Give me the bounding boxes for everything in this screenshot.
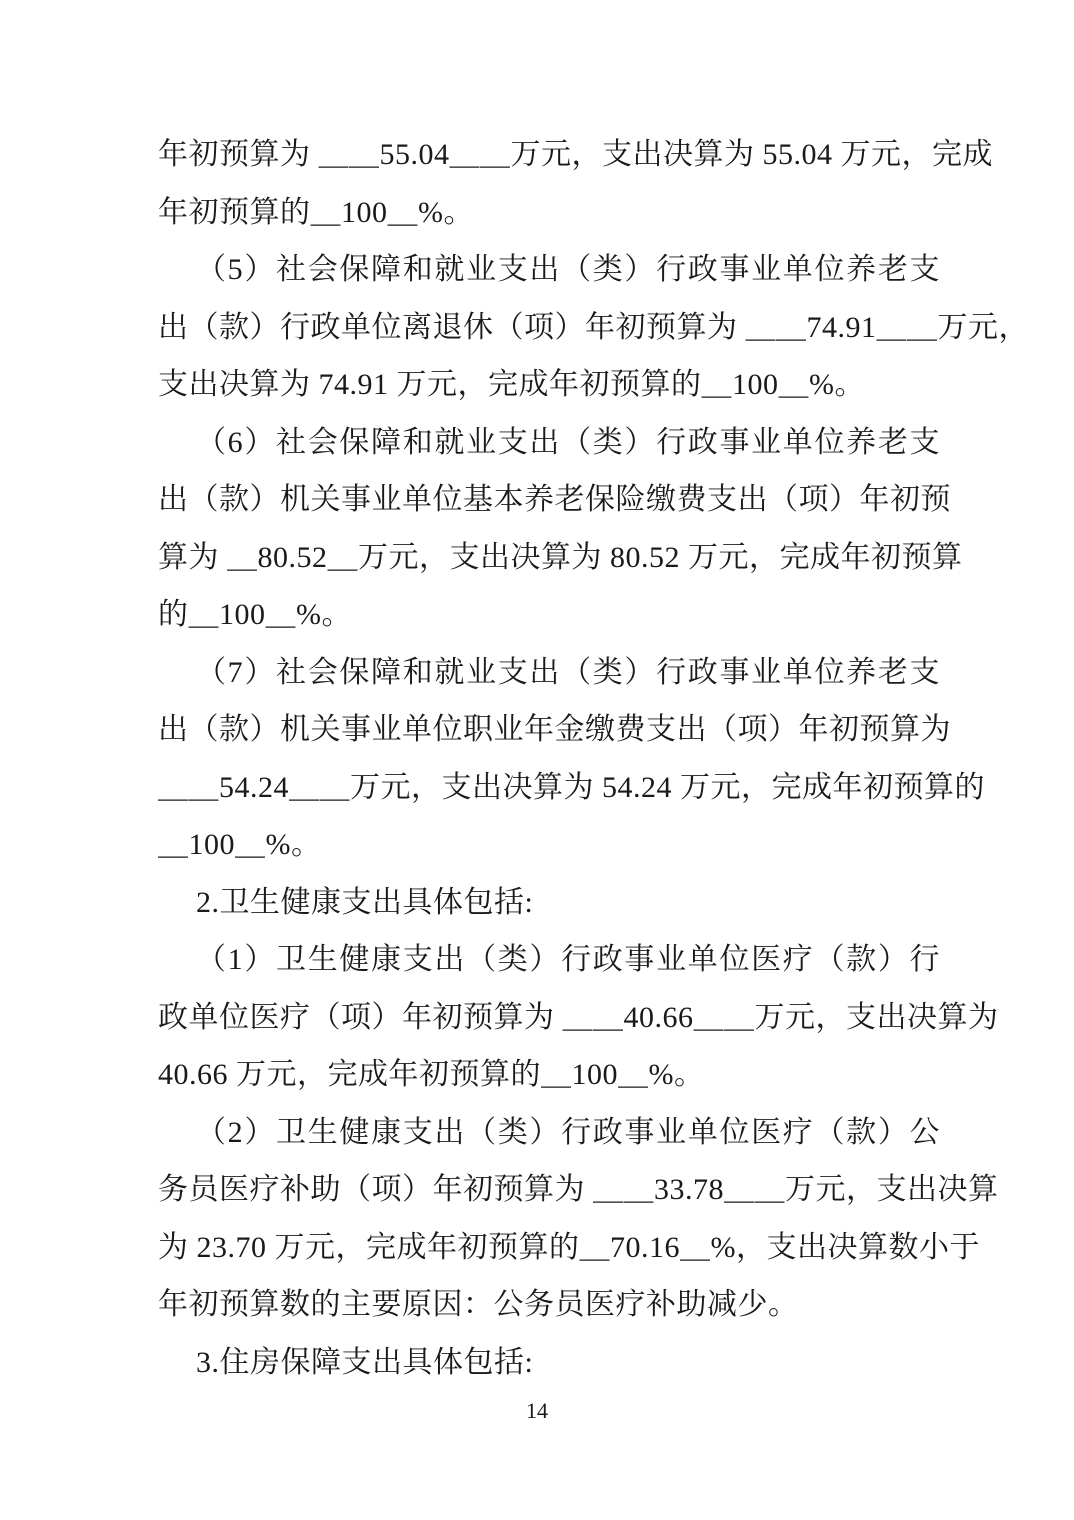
page-number: 14 bbox=[0, 1396, 1074, 1426]
text-line: （6）社会保障和就业支出（类）行政事业单位养老支 bbox=[158, 414, 940, 472]
text-line: 40.66 万元，完成年初预算的＿100＿%。 bbox=[158, 1046, 940, 1104]
text-line: （2）卫生健康支出（类）行政事业单位医疗（款）公 bbox=[158, 1104, 940, 1162]
text-line: 为 23.70 万元，完成年初预算的＿70.16＿%，支出决算数小于 bbox=[158, 1219, 940, 1277]
text-line: 算为 ＿80.52＿万元，支出决算为 80.52 万元，完成年初预算 bbox=[158, 529, 940, 587]
text-line: （7）社会保障和就业支出（类）行政事业单位养老支 bbox=[158, 644, 940, 702]
text-line: 出（款）机关事业单位职业年金缴费支出（项）年初预算为 bbox=[158, 701, 940, 759]
text-line: 的＿100＿%。 bbox=[158, 586, 940, 644]
text-line: 务员医疗补助（项）年初预算为 ＿＿33.78＿＿万元，支出决算 bbox=[158, 1161, 940, 1219]
text-line: 年初预算的＿100＿%。 bbox=[158, 184, 940, 242]
text-line: 3.住房保障支出具体包括: bbox=[158, 1334, 940, 1392]
text-line: 出（款）行政单位离退休（项）年初预算为 ＿＿74.91＿＿万元， bbox=[158, 299, 940, 357]
text-line: （5）社会保障和就业支出（类）行政事业单位养老支 bbox=[158, 241, 940, 299]
text-line: （1）卫生健康支出（类）行政事业单位医疗（款）行 bbox=[158, 931, 940, 989]
document-body: 年初预算为 ＿＿55.04＿＿万元，支出决算为 55.04 万元，完成年初预算的… bbox=[158, 126, 940, 1391]
text-line: ＿100＿%。 bbox=[158, 816, 940, 874]
text-line: 支出决算为 74.91 万元，完成年初预算的＿100＿%。 bbox=[158, 356, 940, 414]
text-line: 年初预算数的主要原因：公务员医疗补助减少。 bbox=[158, 1276, 940, 1334]
text-line: 政单位医疗（项）年初预算为 ＿＿40.66＿＿万元，支出决算为 bbox=[158, 989, 940, 1047]
document-page: 年初预算为 ＿＿55.04＿＿万元，支出决算为 55.04 万元，完成年初预算的… bbox=[0, 0, 1074, 1520]
text-line: 2.卫生健康支出具体包括: bbox=[158, 874, 940, 932]
text-line: 出（款）机关事业单位基本养老保险缴费支出（项）年初预 bbox=[158, 471, 940, 529]
text-line: 年初预算为 ＿＿55.04＿＿万元，支出决算为 55.04 万元，完成 bbox=[158, 126, 940, 184]
text-line: ＿＿54.24＿＿万元，支出决算为 54.24 万元，完成年初预算的 bbox=[158, 759, 940, 817]
